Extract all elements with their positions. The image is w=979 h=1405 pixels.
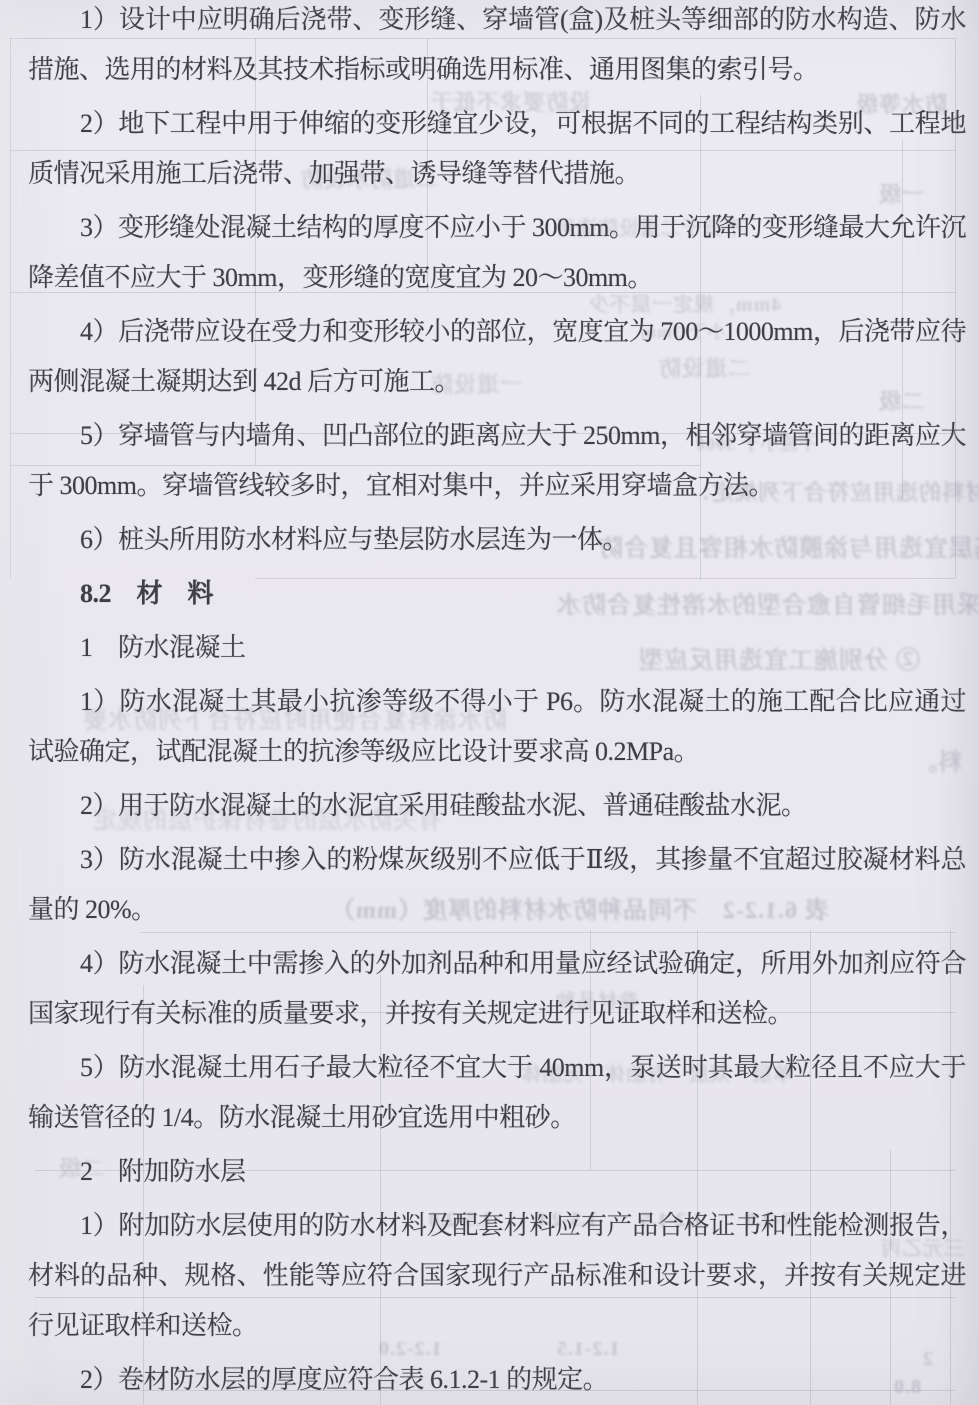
paragraph: 5）穿墙管与内墙角、凹凸部位的距离应大于 250mm，相邻穿墙管间的距离应大于 … <box>28 411 966 511</box>
paragraph: 6）桩头所用防水材料应与垫层防水层连为一体。 <box>28 515 966 565</box>
paragraph: 4）后浇带应设在受力和变形较小的部位，宽度宜为 700～1000mm，后浇带应待… <box>28 307 966 407</box>
paragraph: 3）变形缝处混凝土结构的厚度不应小于 300mm。用于沉降的变形缝最大允许沉降差… <box>28 203 966 303</box>
paragraph: 2）卷材防水层的厚度应符合表 6.1.2-1 的规定。 <box>28 1355 966 1405</box>
paragraph: 1）附加防水层使用的防水材料及配套材料应有产品合格证书和性能检测报告，材料的品种… <box>28 1201 966 1351</box>
section-heading: 8.2 材 料 <box>28 569 966 619</box>
document-text: 1）设计中应明确后浇带、变形缝、穿墙管(盒)及桩头等细部的防水构造、防水措施、选… <box>28 0 966 1405</box>
list-heading: 2 附加防水层 <box>28 1147 966 1197</box>
paragraph: 5）防水混凝土用石子最大粒径不宜大于 40mm，泵送时其最大粒径且不应大于输送管… <box>28 1043 966 1143</box>
paragraph: 2）地下工程中用于伸缩的变形缝宜少设，可根据不同的工程结构类别、工程地质情况采用… <box>28 99 966 199</box>
paragraph: 4）防水混凝土中需掺入的外加剂品种和用量应经试验确定，所用外加剂应符合国家现行有… <box>28 939 966 1039</box>
scanned-document-page: 设防要求不低于防水等级二道防水设防一级不低于二道设防选用4mm，规定一层不少小于… <box>0 0 979 1405</box>
paragraph: 2）用于防水混凝土的水泥宜采用硅酸盐水泥、普通硅酸盐水泥。 <box>28 781 966 831</box>
paragraph: 1）设计中应明确后浇带、变形缝、穿墙管(盒)及桩头等细部的防水构造、防水措施、选… <box>28 0 966 95</box>
paragraph: 3）防水混凝土中掺入的粉煤灰级别不应低于Ⅱ级，其掺量不宜超过胶凝材料总量的 20… <box>28 835 966 935</box>
paragraph: 1）防水混凝土其最小抗渗等级不得小于 P6。防水混凝土的施工配合比应通过试验确定… <box>28 677 966 777</box>
table-grid-line <box>10 38 11 578</box>
list-heading: 1 防水混凝土 <box>28 623 966 673</box>
